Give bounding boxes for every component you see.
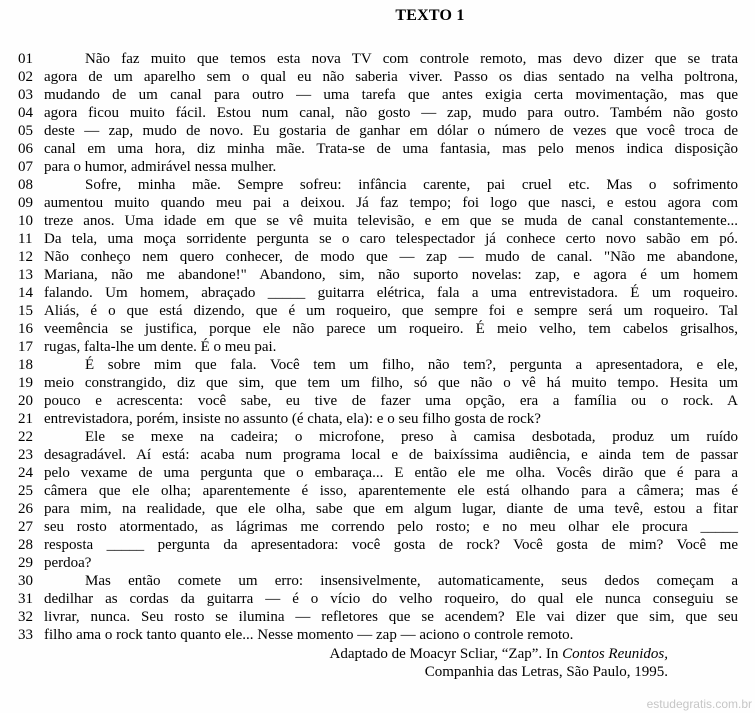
line-number: 19	[0, 374, 44, 392]
text-line: 05 deste — zap, mudo de novo. Eu gostari…	[0, 122, 738, 140]
line-text: mudando de um canal para outro — uma tar…	[44, 86, 738, 104]
line-text: Mariana, não me abandone!" Abandono, sim…	[44, 266, 738, 284]
line-text: veemência se justifica, porque ele não p…	[44, 320, 738, 338]
line-text: desagradável. Aí está: acaba num program…	[44, 446, 738, 464]
line-text: Ele se mexe na cadeira; o microfone, pre…	[44, 428, 738, 446]
line-text: livrar, nunca. Seu rosto se ilumina — re…	[44, 608, 738, 626]
line-number: 26	[0, 500, 44, 518]
line-number: 30	[0, 572, 44, 590]
line-number: 05	[0, 122, 44, 140]
text-line: 02 agora de um aparelho sem o qual eu nã…	[0, 68, 738, 86]
text-line: 09 aumentou muito quando meu pai a deixo…	[0, 194, 738, 212]
line-number: 16	[0, 320, 44, 338]
line-text: aumentou muito quando meu pai a deixou. …	[44, 194, 738, 212]
line-text: Sofre, minha mãe. Sempre sofreu: infânci…	[44, 176, 738, 194]
text-line: 12 Não conheço nem quero conhecer, de mo…	[0, 248, 738, 266]
text-line: 28 resposta _____ pergunta da apresentad…	[0, 536, 738, 554]
line-text: para mim, na realidade, que ele olha, sa…	[44, 500, 738, 518]
line-number: 27	[0, 518, 44, 536]
line-number: 10	[0, 212, 44, 230]
line-number: 21	[0, 410, 44, 428]
line-text: pouco e acrescenta: você sabe, eu tive d…	[44, 392, 738, 410]
text-line: 22 Ele se mexe na cadeira; o microfone, …	[0, 428, 738, 446]
line-number: 06	[0, 140, 44, 158]
text-line: 26 para mim, na realidade, que ele olha,…	[0, 500, 738, 518]
text-line: 25 câmera que ele olha; aparentemente é …	[0, 482, 738, 500]
line-text: rugas, falta-lhe um dente. É o meu pai.	[44, 338, 738, 356]
text-line: 06 canal em uma hora, diz minha mãe. Tra…	[0, 140, 738, 158]
credit-book-title: Contos Reunidos,	[562, 646, 668, 662]
line-text: deste — zap, mudo de novo. Eu gostaria d…	[44, 122, 738, 140]
text-line: 32 livrar, nunca. Seu rosto se ilumina —…	[0, 608, 738, 626]
line-number: 23	[0, 446, 44, 464]
text-line: 11 Da tela, uma moça sorridente pergunta…	[0, 230, 738, 248]
watermark-text: estudegratis.com.br	[647, 697, 752, 711]
line-text: falando. Um homem, abraçado _____ guitar…	[44, 284, 738, 302]
text-line: 10 treze anos. Uma idade em que se vê mu…	[0, 212, 738, 230]
text-line: 07 para o humor, admirável nessa mulher.	[0, 158, 738, 176]
line-number: 20	[0, 392, 44, 410]
text-line: 16 veemência se justifica, porque ele nã…	[0, 320, 738, 338]
text-line: 08 Sofre, minha mãe. Sempre sofreu: infâ…	[0, 176, 738, 194]
line-number: 13	[0, 266, 44, 284]
line-text: filho ama o rock tanto quanto ele... Nes…	[44, 626, 738, 644]
line-text: Não faz muito que temos esta nova TV com…	[44, 50, 738, 68]
line-text: pelo vexame de uma pergunta que o embara…	[44, 464, 738, 482]
line-text: treze anos. Uma idade em que se vê muita…	[44, 212, 738, 230]
text-lines: 01 Não faz muito que temos esta nova TV …	[0, 50, 738, 644]
credit-line-1: Adaptado de Moacyr Scliar, “Zap”. In Con…	[0, 645, 668, 663]
document-page: TEXTO 1 01 Não faz muito que temos esta …	[0, 0, 755, 713]
line-text: câmera que ele olha; aparentemente é iss…	[44, 482, 738, 500]
page-title: TEXTO 1	[105, 7, 755, 25]
line-number: 25	[0, 482, 44, 500]
line-text: para o humor, admirável nessa mulher.	[44, 158, 738, 176]
line-text: É sobre mim que fala. Você tem um filho,…	[44, 356, 738, 374]
line-number: 31	[0, 590, 44, 608]
line-number: 14	[0, 284, 44, 302]
text-line: 24 pelo vexame de uma pergunta que o emb…	[0, 464, 738, 482]
line-number: 01	[0, 50, 44, 68]
line-number: 02	[0, 68, 44, 86]
line-text: meio constrangido, diz que sim, que tem …	[44, 374, 738, 392]
line-number: 29	[0, 554, 44, 572]
text-line: 31 dedilhar as cordas da guitarra — é o …	[0, 590, 738, 608]
text-line: 20 pouco e acrescenta: você sabe, eu tiv…	[0, 392, 738, 410]
line-number: 07	[0, 158, 44, 176]
text-line: 03 mudando de um canal para outro — uma …	[0, 86, 738, 104]
line-number: 33	[0, 626, 44, 644]
line-text: agora ficou muito fácil. Estou num canal…	[44, 104, 738, 122]
text-line: 33 filho ama o rock tanto quanto ele... …	[0, 626, 738, 644]
line-number: 04	[0, 104, 44, 122]
line-text: Aliás, é o que está dizendo, que é um ro…	[44, 302, 738, 320]
text-line: 04 agora ficou muito fácil. Estou num ca…	[0, 104, 738, 122]
credit-line-2: Companhia das Letras, São Paulo, 1995.	[0, 663, 668, 681]
line-number: 32	[0, 608, 44, 626]
line-number: 15	[0, 302, 44, 320]
line-text: perdoa?	[44, 554, 738, 572]
line-number: 28	[0, 536, 44, 554]
source-credit: Adaptado de Moacyr Scliar, “Zap”. In Con…	[0, 645, 668, 681]
text-line: 19 meio constrangido, diz que sim, que t…	[0, 374, 738, 392]
text-line: 14 falando. Um homem, abraçado _____ gui…	[0, 284, 738, 302]
text-line: 27 seu rosto atormentado, as lágrimas me…	[0, 518, 738, 536]
line-number: 18	[0, 356, 44, 374]
text-line: 17 rugas, falta-lhe um dente. É o meu pa…	[0, 338, 738, 356]
line-number: 03	[0, 86, 44, 104]
line-number: 22	[0, 428, 44, 446]
line-text: Da tela, uma moça sorridente pergunta se…	[44, 230, 738, 248]
text-line: 21 entrevistadora, porém, insiste no ass…	[0, 410, 738, 428]
line-text: seu rosto atormentado, as lágrimas me co…	[44, 518, 738, 536]
text-line: 30 Mas então comete um erro: insensivelm…	[0, 572, 738, 590]
line-number: 11	[0, 230, 44, 248]
line-number: 09	[0, 194, 44, 212]
line-text: canal em uma hora, diz minha mãe. Trata-…	[44, 140, 738, 158]
text-line: 29 perdoa?	[0, 554, 738, 572]
line-text: resposta _____ pergunta da apresentadora…	[44, 536, 738, 554]
text-line: 15 Aliás, é o que está dizendo, que é um…	[0, 302, 738, 320]
line-number: 17	[0, 338, 44, 356]
line-text: dedilhar as cordas da guitarra — é o víc…	[44, 590, 738, 608]
text-line: 01 Não faz muito que temos esta nova TV …	[0, 50, 738, 68]
text-line: 18 É sobre mim que fala. Você tem um fil…	[0, 356, 738, 374]
text-line: 13 Mariana, não me abandone!" Abandono, …	[0, 266, 738, 284]
line-text: agora de um aparelho sem o qual eu não s…	[44, 68, 738, 86]
line-number: 08	[0, 176, 44, 194]
line-text: Não conheço nem quero conhecer, de modo …	[44, 248, 738, 266]
line-text: entrevistadora, porém, insiste no assunt…	[44, 410, 738, 428]
text-line: 23 desagradável. Aí está: acaba num prog…	[0, 446, 738, 464]
line-text: Mas então comete um erro: insensivelment…	[44, 572, 738, 590]
line-number: 12	[0, 248, 44, 266]
line-number: 24	[0, 464, 44, 482]
credit-author: Adaptado de Moacyr Scliar, “Zap”. In	[330, 646, 563, 662]
